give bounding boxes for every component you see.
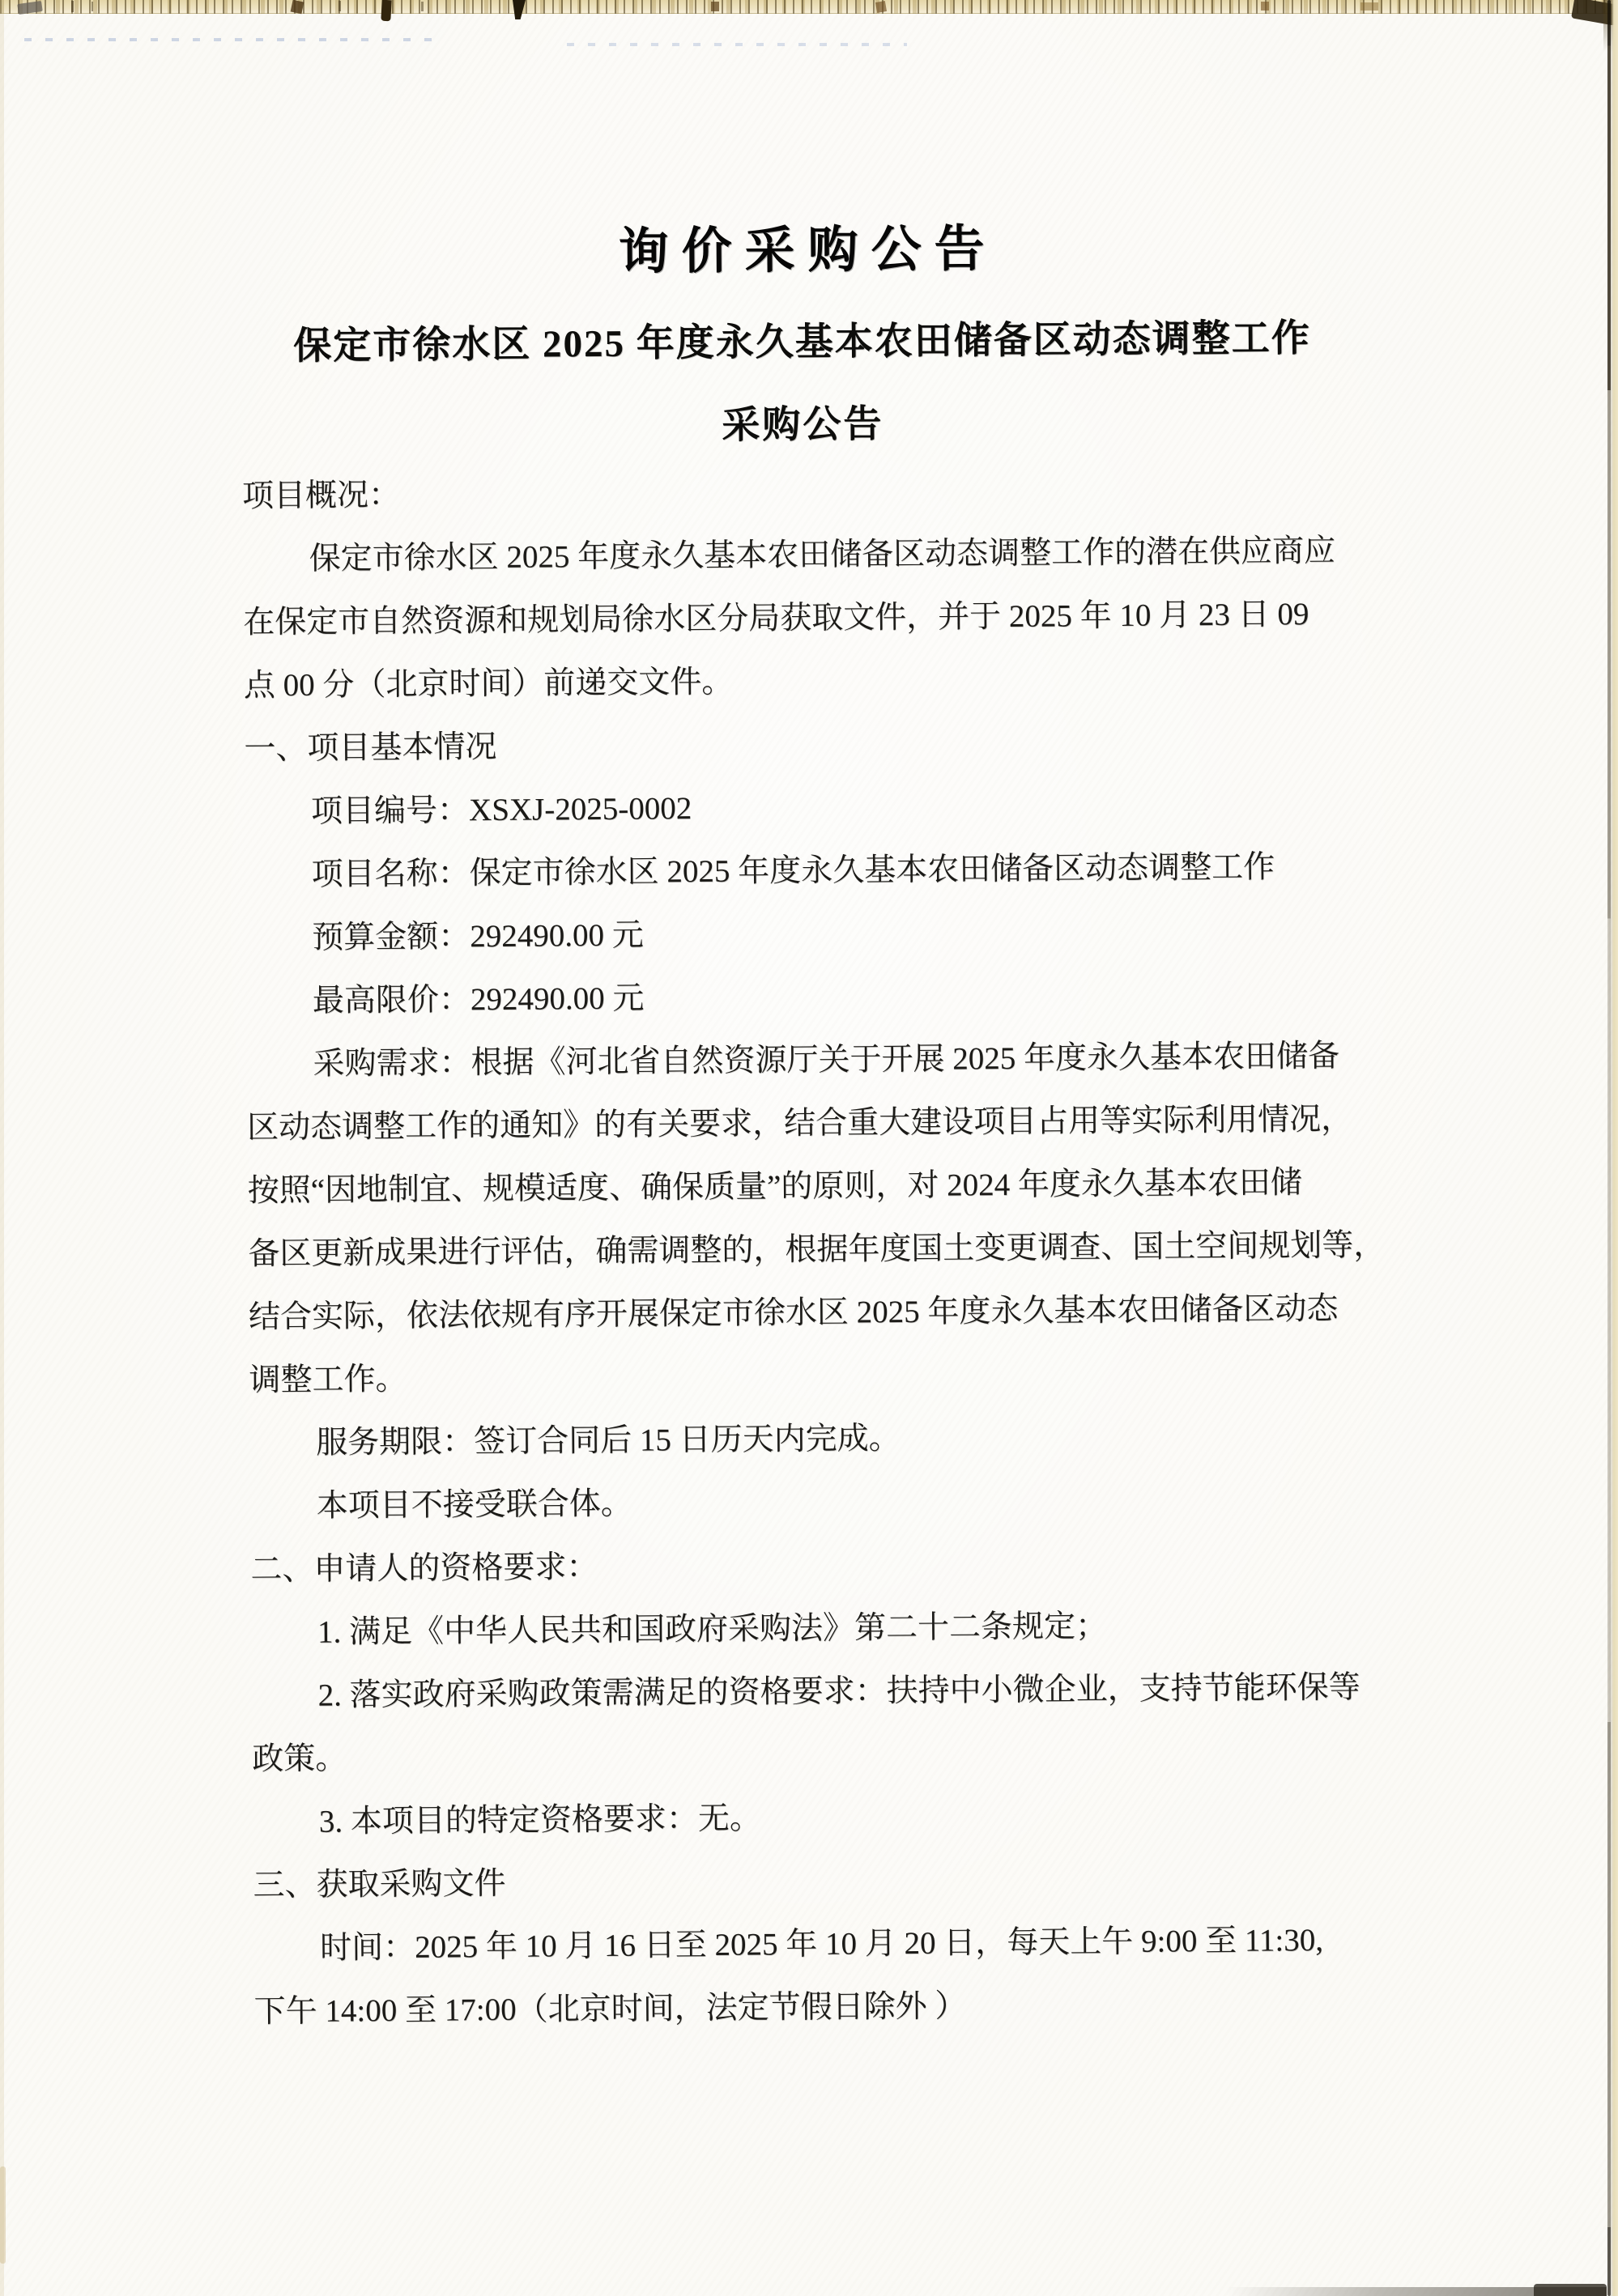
text-line: 备区更新成果进行评估，确需调整的，根据年度国土变更调查、国土空间规划等， bbox=[248, 1214, 1375, 1286]
text-line: 按照“因地制宜、规模适度、确保质量”的原则，对 2024 年度永久基本农田储 bbox=[247, 1151, 1374, 1223]
text-line: 项目概况： bbox=[242, 457, 1369, 529]
text-line: 3. 本项目的特定资格要求：无。 bbox=[253, 1782, 1380, 1854]
text-line: 本项目不接受联合体。 bbox=[250, 1467, 1377, 1539]
text-line: 结合实际，依法依规有序开展保定市徐水区 2025 年度永久基本农田储备区动态 bbox=[249, 1278, 1376, 1350]
text-line: 点 00 分（北京时间）前递交文件。 bbox=[244, 646, 1371, 718]
text-line: 项目编号：XSXJ-2025-0002 bbox=[245, 772, 1372, 844]
text-line: 2. 落实政府采购政策需满足的资格要求：扶持中小微企业，支持节能环保等 bbox=[251, 1656, 1378, 1728]
text-line: 保定市徐水区 2025 年度永久基本农田储备区动态调整工作的潜在供应商应 bbox=[242, 520, 1369, 592]
text-line: 预算金额：292490.00 元 bbox=[245, 899, 1373, 971]
scanned-document-page: 询价采购公告 保定市徐水区 2025 年度永久基本农田储备区动态调整工作 采购公… bbox=[0, 0, 1618, 2296]
section-heading: 三、获取采购文件 bbox=[253, 1845, 1380, 1917]
text-line: 政策。 bbox=[252, 1719, 1379, 1791]
text-line: 1. 满足《中华人民共和国政府采购法》第二十二条规定； bbox=[251, 1593, 1378, 1665]
document-subtitle-line2: 采购公告 bbox=[0, 389, 1612, 461]
text-line: 服务期限：签订合同后 15 日历天内完成。 bbox=[249, 1404, 1377, 1476]
document-content: 询价采购公告 保定市徐水区 2025 年度永久基本农田储备区动态调整工作 采购公… bbox=[0, 0, 1618, 2296]
text-line: 时间：2025 年 10 月 16 日至 2025 年 10 月 20 日，每天… bbox=[253, 1908, 1381, 1980]
text-line: 区动态调整工作的通知》的有关要求，结合重大建设项目占用等实际利用情况， bbox=[247, 1088, 1374, 1160]
section-heading: 一、项目基本情况 bbox=[244, 709, 1371, 781]
document-title: 询价采购公告 bbox=[0, 214, 1611, 288]
text-line: 下午 14:00 至 17:00（北京时间，法定节假日除外 ） bbox=[253, 1971, 1381, 2043]
text-line: 在保定市自然资源和规划局徐水区分局获取文件，并于 2025 年 10 月 23 … bbox=[243, 583, 1370, 655]
document-body: 项目概况：保定市徐水区 2025 年度永久基本农田储备区动态调整工作的潜在供应商… bbox=[242, 457, 1381, 2044]
text-line: 项目名称：保定市徐水区 2025 年度永久基本农田储备区动态调整工作 bbox=[245, 835, 1372, 908]
text-line: 最高限价：292490.00 元 bbox=[246, 962, 1373, 1034]
text-line: 采购需求：根据《河北省自然资源厅关于开展 2025 年度永久基本农田储备 bbox=[246, 1025, 1373, 1097]
section-heading: 二、申请人的资格要求： bbox=[250, 1530, 1377, 1602]
text-line: 调整工作。 bbox=[249, 1341, 1376, 1413]
document-subtitle-line1: 保定市徐水区 2025 年度永久基本农田储备区动态调整工作 bbox=[0, 306, 1612, 379]
scan-bottom-left-mark bbox=[0, 2166, 6, 2264]
